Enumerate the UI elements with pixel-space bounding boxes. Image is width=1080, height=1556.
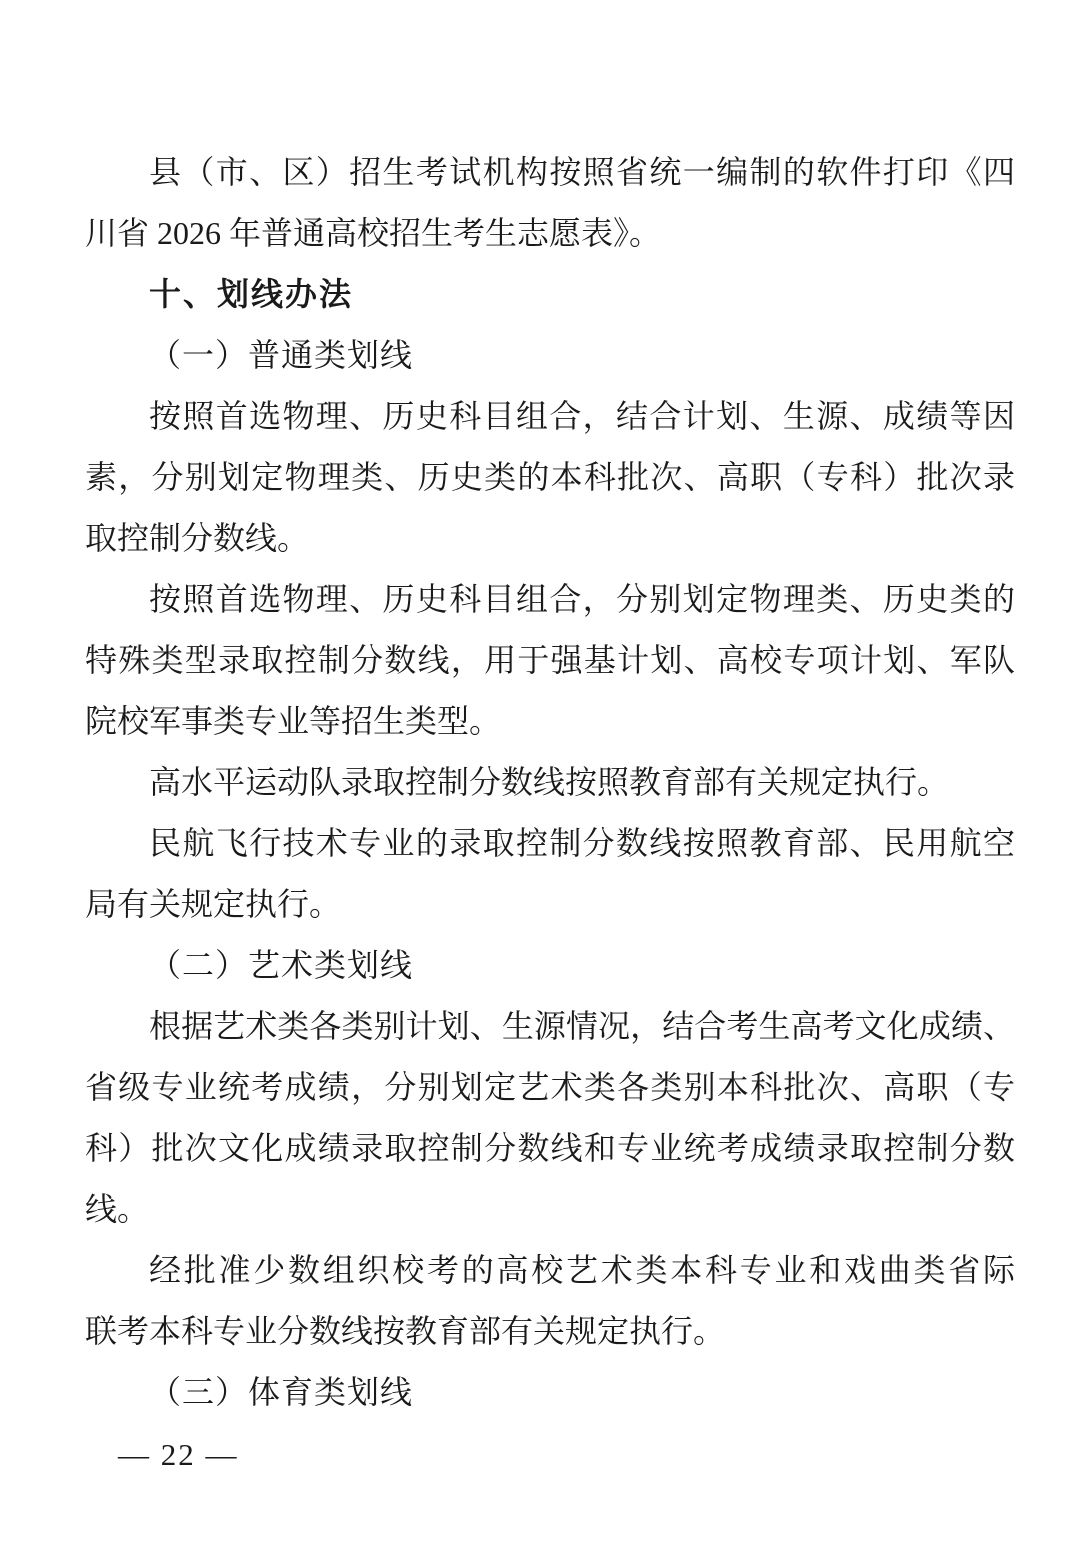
paragraph-special-type-lines: 按照首选物理、历史科目组合，分别划定物理类、历史类的特殊类型录取控制分数线，用于…: [85, 569, 1015, 752]
chapter-heading-line-drawing-method: 十、划线办法: [85, 264, 1015, 325]
text-line: （二）艺术类划线: [85, 935, 1015, 996]
text-line: 省级专业统考成绩，分别划定艺术类各类别本科批次、高职（专: [85, 1057, 1015, 1118]
text-line: 按照首选物理、历史科目组合，分别划定物理类、历史类的: [85, 569, 1015, 630]
text-line: （一）普通类划线: [85, 325, 1015, 386]
text-line: 取控制分数线。: [85, 508, 1015, 569]
text-line: 高水平运动队录取控制分数线按照教育部有关规定执行。: [85, 752, 1015, 813]
document-content: 县（市、区）招生考试机构按照省统一编制的软件打印《四川省 2026 年普通高校招…: [85, 142, 1015, 1423]
text-line: 院校军事类专业等招生类型。: [85, 691, 1015, 752]
document-page: 县（市、区）招生考试机构按照省统一编制的软件打印《四川省 2026 年普通高校招…: [0, 0, 1080, 1556]
text-line: 民航飞行技术专业的录取控制分数线按照教育部、民用航空: [85, 813, 1015, 874]
text-line: 川省 2026 年普通高校招生考生志愿表》。: [85, 203, 1015, 264]
page-footer: — 22 —: [118, 1424, 239, 1485]
text-line: 根据艺术类各类别计划、生源情况，结合考生高考文化成绩、: [85, 996, 1015, 1057]
section-heading-sports-category: （三）体育类划线: [85, 1362, 1015, 1423]
section-heading-general-category: （一）普通类划线: [85, 325, 1015, 386]
text-line: 经批准少数组织校考的高校艺术类本科专业和戏曲类省际: [85, 1240, 1015, 1301]
paragraph-civil-aviation: 民航飞行技术专业的录取控制分数线按照教育部、民用航空局有关规定执行。: [85, 813, 1015, 935]
text-line: 素，分别划定物理类、历史类的本科批次、高职（专科）批次录: [85, 447, 1015, 508]
paragraph-high-level-sports-team: 高水平运动队录取控制分数线按照教育部有关规定执行。: [85, 752, 1015, 813]
paragraph-approved-school-exam: 经批准少数组织校考的高校艺术类本科专业和戏曲类省际联考本科专业分数线按教育部有关…: [85, 1240, 1015, 1362]
section-heading-art-category: （二）艺术类划线: [85, 935, 1015, 996]
text-line: 十、划线办法: [85, 264, 1015, 325]
page-number: — 22 —: [118, 1437, 239, 1472]
paragraph-print-form: 县（市、区）招生考试机构按照省统一编制的软件打印《四川省 2026 年普通高校招…: [85, 142, 1015, 264]
text-line: 局有关规定执行。: [85, 874, 1015, 935]
text-line: （三）体育类划线: [85, 1362, 1015, 1423]
text-line: 县（市、区）招生考试机构按照省统一编制的软件打印《四: [85, 142, 1015, 203]
paragraph-art-lines: 根据艺术类各类别计划、生源情况，结合考生高考文化成绩、省级专业统考成绩，分别划定…: [85, 996, 1015, 1240]
text-line: 按照首选物理、历史科目组合，结合计划、生源、成绩等因: [85, 386, 1015, 447]
paragraph-general-batch-lines: 按照首选物理、历史科目组合，结合计划、生源、成绩等因素，分别划定物理类、历史类的…: [85, 386, 1015, 569]
text-line: 科）批次文化成绩录取控制分数线和专业统考成绩录取控制分数: [85, 1118, 1015, 1179]
text-line: 线。: [85, 1179, 1015, 1240]
text-line: 特殊类型录取控制分数线，用于强基计划、高校专项计划、军队: [85, 630, 1015, 691]
text-line: 联考本科专业分数线按教育部有关规定执行。: [85, 1301, 1015, 1362]
